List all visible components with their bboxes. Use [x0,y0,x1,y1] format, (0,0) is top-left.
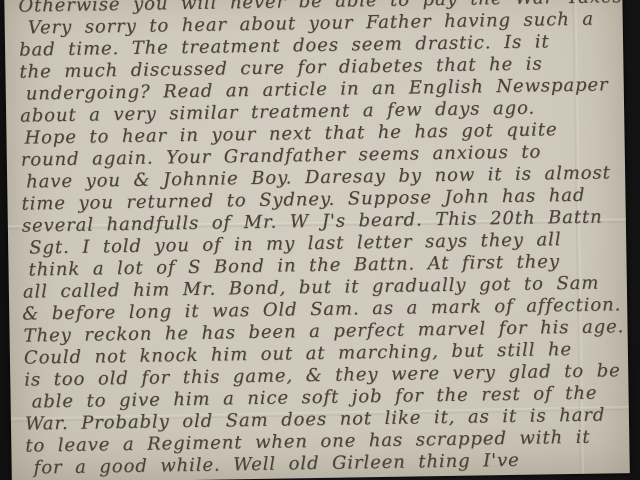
letter-text: Otherwise you will never be able to pay … [18,0,622,480]
letter-page: Otherwise you will never be able to pay … [4,0,630,480]
photo-background: Otherwise you will never be able to pay … [0,0,640,480]
